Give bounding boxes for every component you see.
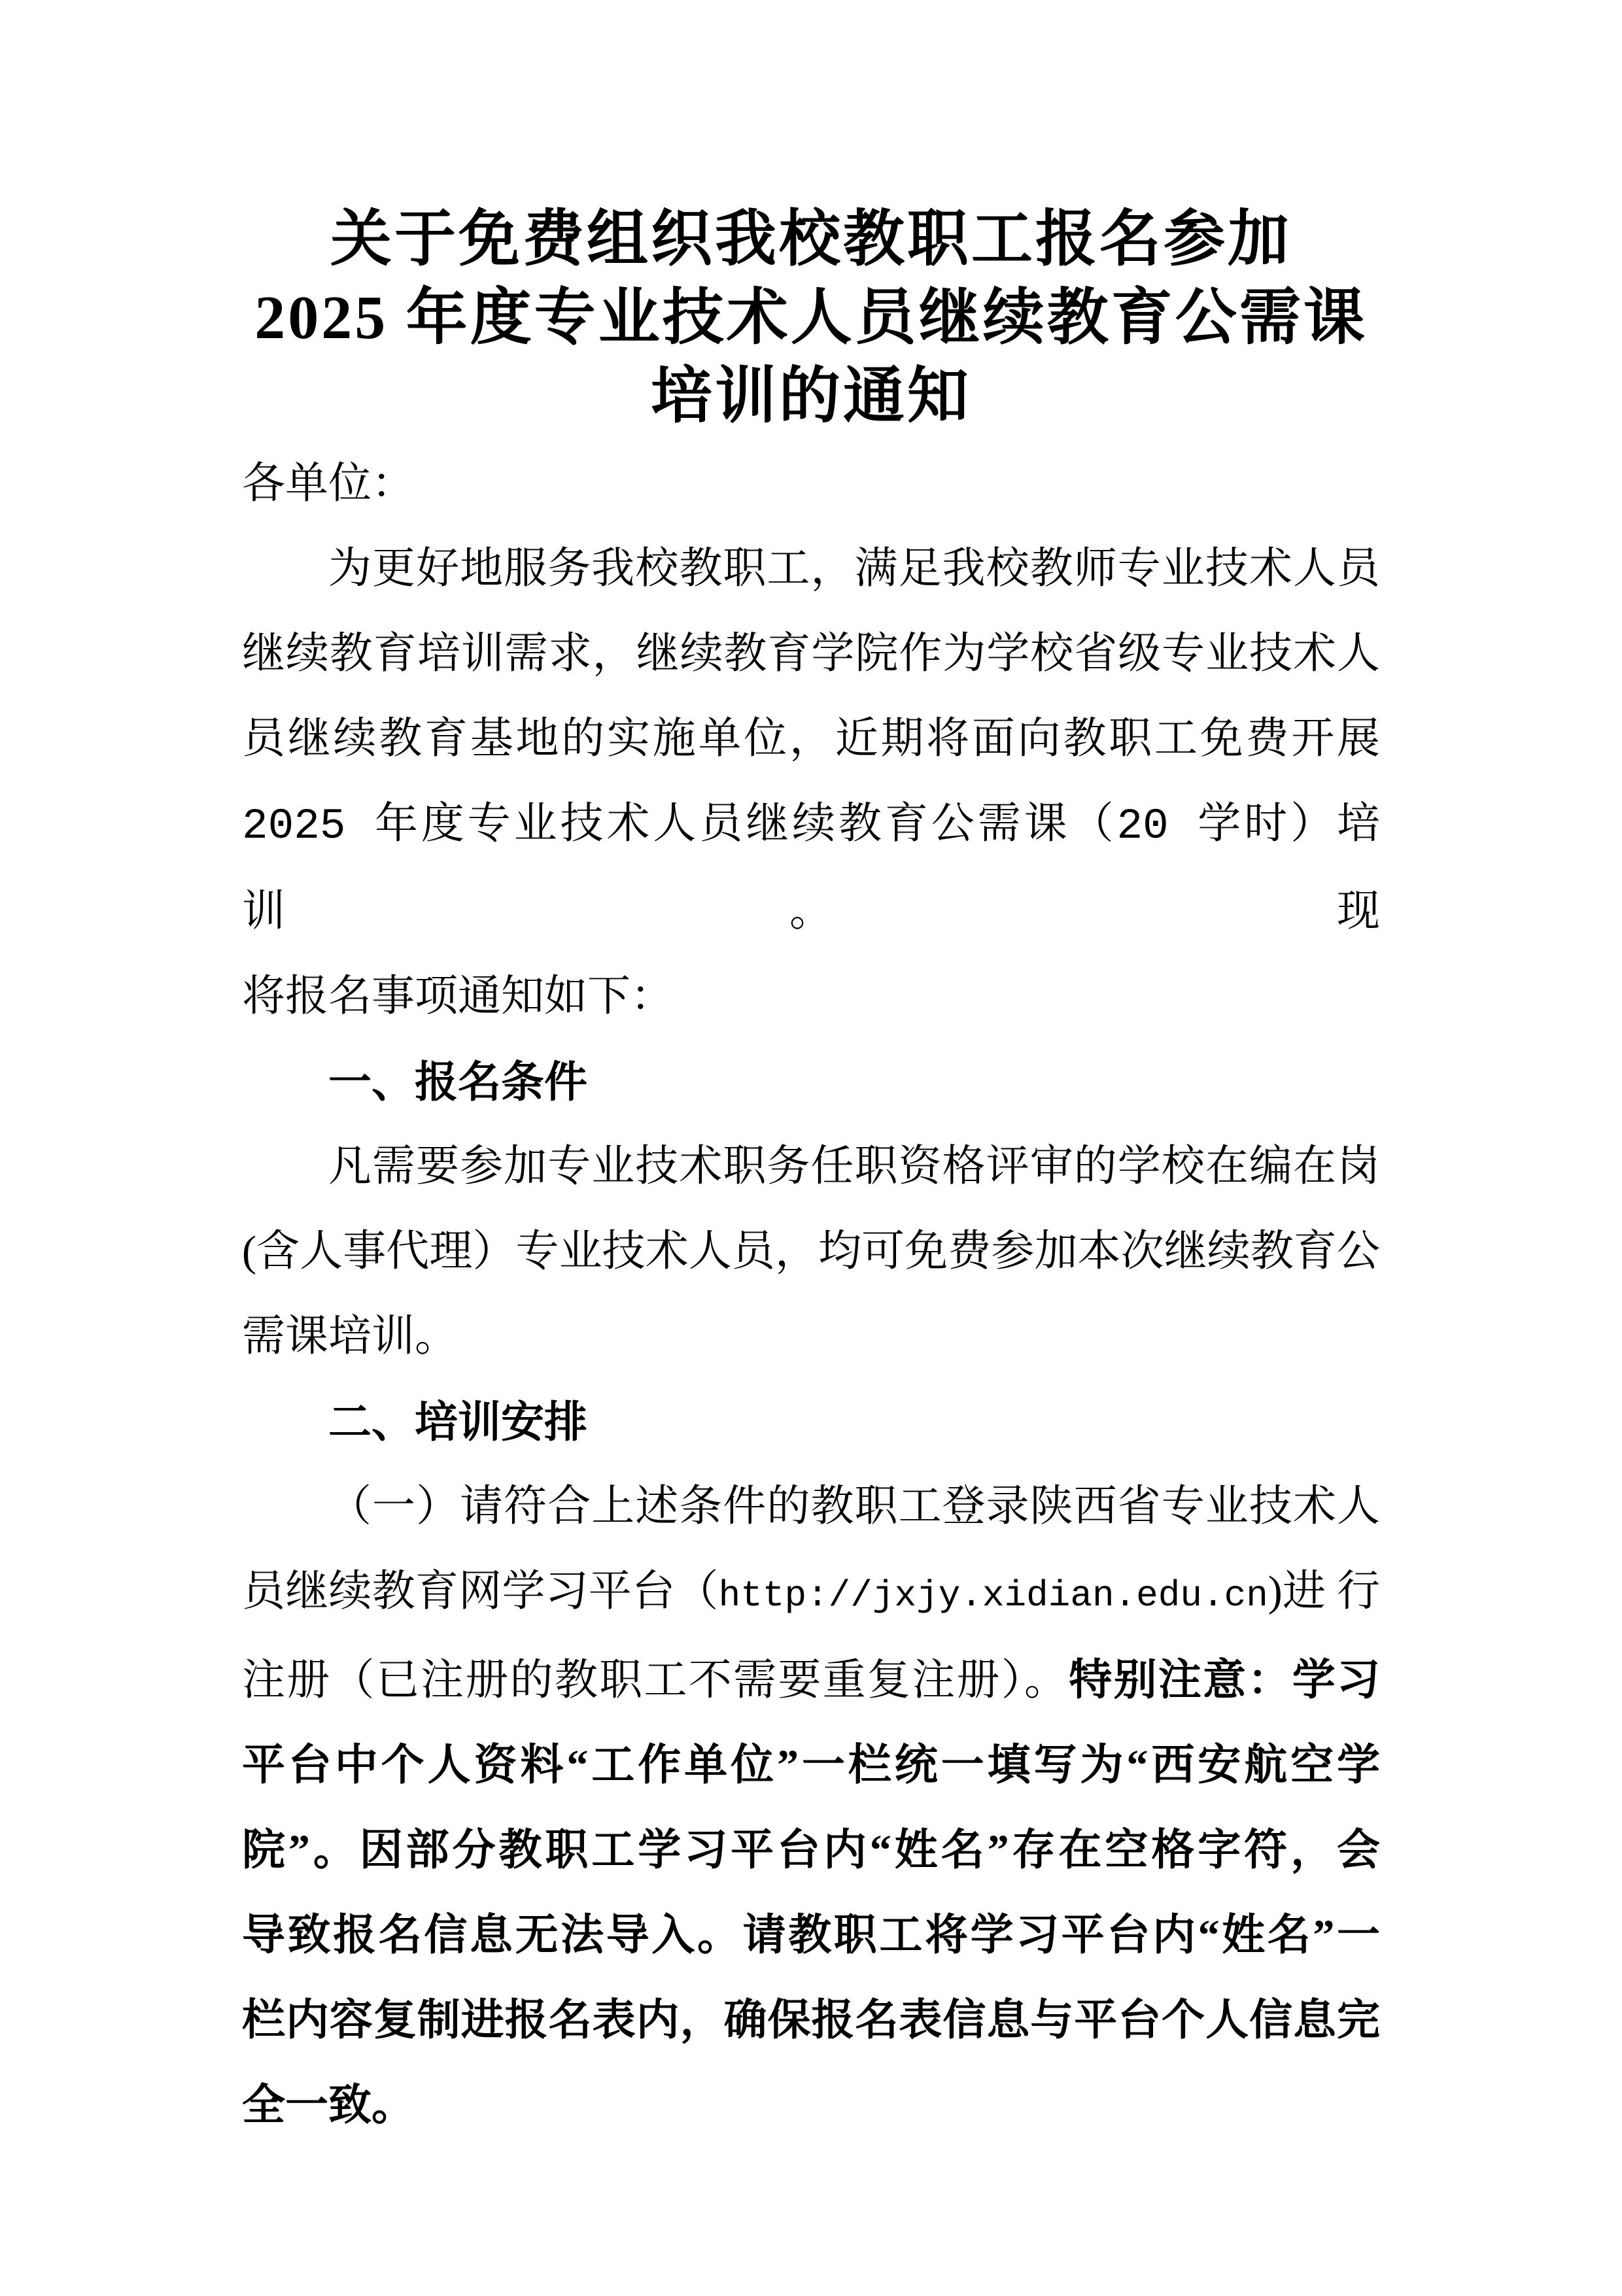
- section2-line-1: （一）请符合上述条件的教职工登录陕西省专业技术人: [242, 1464, 1380, 1549]
- section-heading-2: 二、培训安排: [242, 1379, 1380, 1464]
- platform-url: http://jxjy.xidian.edu.cn: [719, 1575, 1268, 1617]
- title-line-2: 2025 年度专业技术人员继续教育公需课: [242, 279, 1380, 357]
- text-run: 导致报名信息无法导入。请教职工将学习平台内“姓名”一: [242, 1911, 1380, 1959]
- section2-line-7: 栏内容复制进报名表内，确保报名表信息与平台个人信息完: [242, 1978, 1380, 2063]
- intro-line-3: 员继续教育基地的实施单位，近期将面向教职工免费开展: [242, 696, 1380, 781]
- section2-line-3: 注册（已注册的教职工不需要重复注册）。特别注意：学习: [242, 1638, 1380, 1723]
- text-run: 继续教育培训需求，继续教育学院作为学校省级专业技术人: [242, 630, 1380, 677]
- section2-line-5: 院”。因部分教职工学习平台内“姓名”存在空格字符，会: [242, 1808, 1380, 1893]
- section1-line-2: (含人事代理）专业技术人员，均可免费参加本次继续教育公: [242, 1209, 1380, 1294]
- text-run: 特别注意：学习: [1069, 1656, 1380, 1704]
- text-run: 注册（已注册的教职工不需要重复注册）。: [242, 1656, 1069, 1704]
- text-run: 将报名事项通知如下：: [242, 972, 674, 1020]
- text-run: 年度专业技术人员继续教育公需课（: [375, 800, 1117, 848]
- intro-line-1: 为更好地服务我校教职工，满足我校教师专业技术人员: [242, 526, 1380, 611]
- text-run: 栏内容复制进报名表内，确保报名表信息与平台个人信息完: [242, 1996, 1380, 2044]
- notice-document: 关于免费组织我校教职工报名参加 2025 年度专业技术人员继续教育公需课 培训的…: [0, 0, 1622, 2296]
- section2-line-4: 平台中个人资料“工作单位”一栏统一填写为“西安航空学: [242, 1723, 1380, 1808]
- section-heading-1: 一、报名条件: [242, 1039, 1380, 1124]
- text-run: 凡需要参加专业技术职务任职资格评审的学校在编在岗: [328, 1142, 1380, 1190]
- text-run: 为更好地服务我校教职工，满足我校教师专业技术人员: [328, 545, 1380, 592]
- title-line-1: 关于免费组织我校教职工报名参加: [242, 200, 1380, 279]
- document-body: 各单位：为更好地服务我校教职工，满足我校教师专业技术人员继续教育培训需求，继续教…: [242, 441, 1380, 2148]
- text-run: （一）请符合上述条件的教职工登录陕西省专业技术人: [328, 1482, 1380, 1530]
- text-run: 全一致。: [242, 2082, 415, 2129]
- title-line-3: 培训的通知: [242, 357, 1380, 436]
- text-run: 平台中个人资料“工作单位”一栏统一填写为“西安航空学: [242, 1741, 1380, 1789]
- text-run: (含人事代理）专业技术人员，均可免费参加本次继续教育公: [242, 1227, 1380, 1275]
- document-title: 关于免费组织我校教职工报名参加 2025 年度专业技术人员继续教育公需课 培训的…: [242, 0, 1380, 436]
- intro-line-5: 将报名事项通知如下：: [242, 954, 1380, 1039]
- salutation-line: 各单位：: [242, 441, 1380, 526]
- text-run: 一、报名条件: [328, 1057, 587, 1106]
- section2-line-6: 导致报名信息无法导入。请教职工将学习平台内“姓名”一: [242, 1893, 1380, 1978]
- section2-line-2: 员继续教育网学习平台（http://jxjy.xidian.edu.cn)进 行: [242, 1549, 1380, 1638]
- text-run: 二、培训安排: [328, 1397, 587, 1446]
- section1-line-3: 需课培训。: [242, 1294, 1380, 1379]
- text-run: 2025: [242, 802, 375, 851]
- intro-line-4: 2025 年度专业技术人员继续教育公需课（20 学时）培训。现: [242, 781, 1380, 954]
- section1-line-1: 凡需要参加专业技术职务任职资格评审的学校在编在岗: [242, 1124, 1380, 1209]
- text-run: )进 行: [1268, 1568, 1380, 1615]
- section2-line-8: 全一致。: [242, 2063, 1380, 2148]
- intro-line-2: 继续教育培训需求，继续教育学院作为学校省级专业技术人: [242, 611, 1380, 696]
- text-run: 员继续教育基地的实施单位，近期将面向教职工免费开展: [242, 715, 1380, 762]
- text-run: 需课培训。: [242, 1312, 458, 1360]
- text-run: 院”。因部分教职工学习平台内“姓名”存在空格字符，会: [242, 1826, 1380, 1874]
- text-run: 员继续教育网学习平台（: [242, 1568, 719, 1615]
- text-run: 20: [1117, 802, 1198, 851]
- text-run: 各单位：: [242, 460, 415, 507]
